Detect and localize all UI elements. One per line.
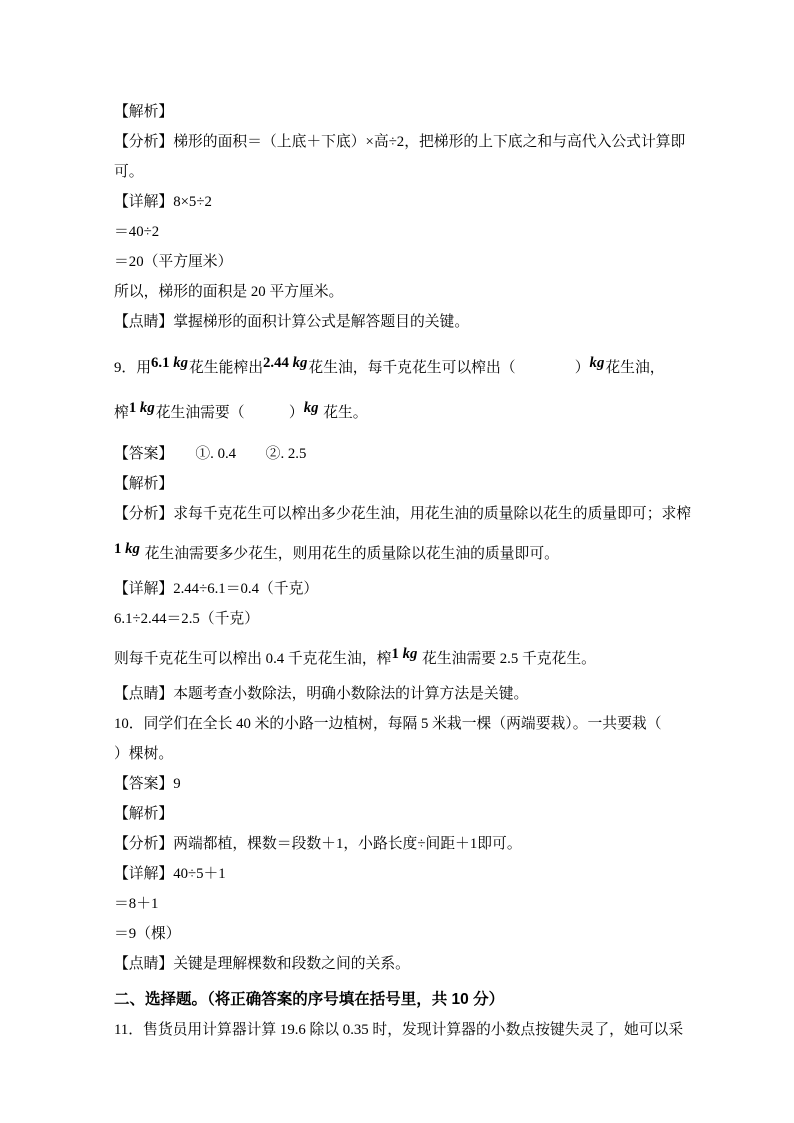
unit-kg: kg [140,400,156,416]
q8-detail-step-2: ＝40÷2 [114,217,680,247]
q10-question-line-2: ）棵树。 [114,739,680,769]
text-run: 花生油需要多少花生，则用花生的质量除以花生油的质量即可。 [141,546,559,562]
math-number: 1 [129,400,140,416]
q10-keypoint-line: 【点睛】关键是理解棵数和段数之间的关系。 [114,949,680,979]
q9-conclusion-line: 则每千克花生可以榨出 0.4 千克花生油，榨1 kg 花生油需要 2.5 千克花… [114,634,680,679]
q9-detail-step-1: 【详解】2.44÷6.1＝0.4（千克） [114,574,680,604]
q10-answer-line: 【答案】9 [114,769,680,799]
q9-analysis-line-1: 【分析】求每千克花生可以榨出多少花生油，用花生油的质量除以花生的质量即可；求榨 [114,499,680,529]
document-page: 【解析】 【分析】梯形的面积＝（上底＋下底）×高÷2，把梯形的上下底之和与高代入… [0,0,794,1123]
text-run: 榨 [114,405,129,421]
q9-question-line-1: 9．用6.1 kg花生能榨出2.44 kg花生油，每千克花生可以榨出（ ）kg花… [114,343,680,388]
q11-question-line-1: 11．售货员用计算器计算 19.6 除以 0.35 时，发现计算器的小数点按键失… [114,1015,680,1045]
unit-kg: kg [173,355,189,371]
text-run: 花生油需要 2.5 千克花生。 [418,651,596,667]
q8-detail-step-1: 【详解】8×5÷2 [114,187,680,217]
math-number: 1 [391,646,402,662]
unit-kg: kg [304,400,320,416]
q9-explanation-label: 【解析】 [114,469,680,499]
q9-question-line-2: 榨1 kg花生油需要（ ）kg 花生。 [114,388,680,433]
q8-explanation-label: 【解析】 [114,97,680,127]
section-2-header: 二、选择题。（将正确答案的序号填在括号里，共 10 分） [114,985,680,1015]
q8-analysis-line-1: 【分析】梯形的面积＝（上底＋下底）×高÷2，把梯形的上下底之和与高代入公式计算即 [114,127,680,157]
unit-kg: kg [293,355,309,371]
text-run: 花生油， [605,360,664,376]
document-content: 【解析】 【分析】梯形的面积＝（上底＋下底）×高÷2，把梯形的上下底之和与高代入… [114,97,680,1045]
q10-detail-step-1: 【详解】40÷5＋1 [114,859,680,889]
q8-conclusion-line: 所以，梯形的面积是 20 平方厘米。 [114,277,680,307]
q9-keypoint-line: 【点睛】本题考查小数除法，明确小数除法的计算方法是关键。 [114,679,680,709]
text-run: 9．用 [114,360,151,376]
text-run: 则每千克花生可以榨出 0.4 千克花生油，榨 [114,651,391,667]
q8-detail-step-3: ＝20（平方厘米） [114,247,680,277]
text-run: 花生能榨出 [189,360,263,376]
q9-analysis-line-2: 1 kg 花生油需要多少花生，则用花生的质量除以花生油的质量即可。 [114,529,680,574]
q9-detail-step-2: 6.1÷2.44＝2.5（千克） [114,604,680,634]
unit-kg: kg [125,541,141,557]
q8-analysis-line-2: 可。 [114,157,680,187]
q10-detail-step-3: ＝9（棵） [114,919,680,949]
unit-kg: kg [590,355,606,371]
q10-question-line-1: 10．同学们在全长 40 米的小路一边植树，每隔 5 米栽一棵（两端要栽）。一共… [114,709,680,739]
q10-analysis-line: 【分析】两端都植，棵数＝段数＋1，小路长度÷间距＋1即可。 [114,829,680,859]
math-number: 2.44 [263,355,293,371]
text-run: 花生油，每千克花生可以榨出（ ） [308,360,589,376]
text-run: 花生。 [320,405,368,421]
q9-answer-line: 【答案】 ①. 0.4 ②. 2.5 [114,439,680,469]
q10-detail-step-2: ＝8＋1 [114,889,680,919]
text-run: 花生油需要（ ） [156,405,304,421]
q10-explanation-label: 【解析】 [114,799,680,829]
math-number: 6.1 [151,355,173,371]
unit-kg: kg [403,646,419,662]
q8-keypoint-line: 【点睛】掌握梯形的面积计算公式是解答题目的关键。 [114,307,680,337]
math-number: 1 [114,541,125,557]
